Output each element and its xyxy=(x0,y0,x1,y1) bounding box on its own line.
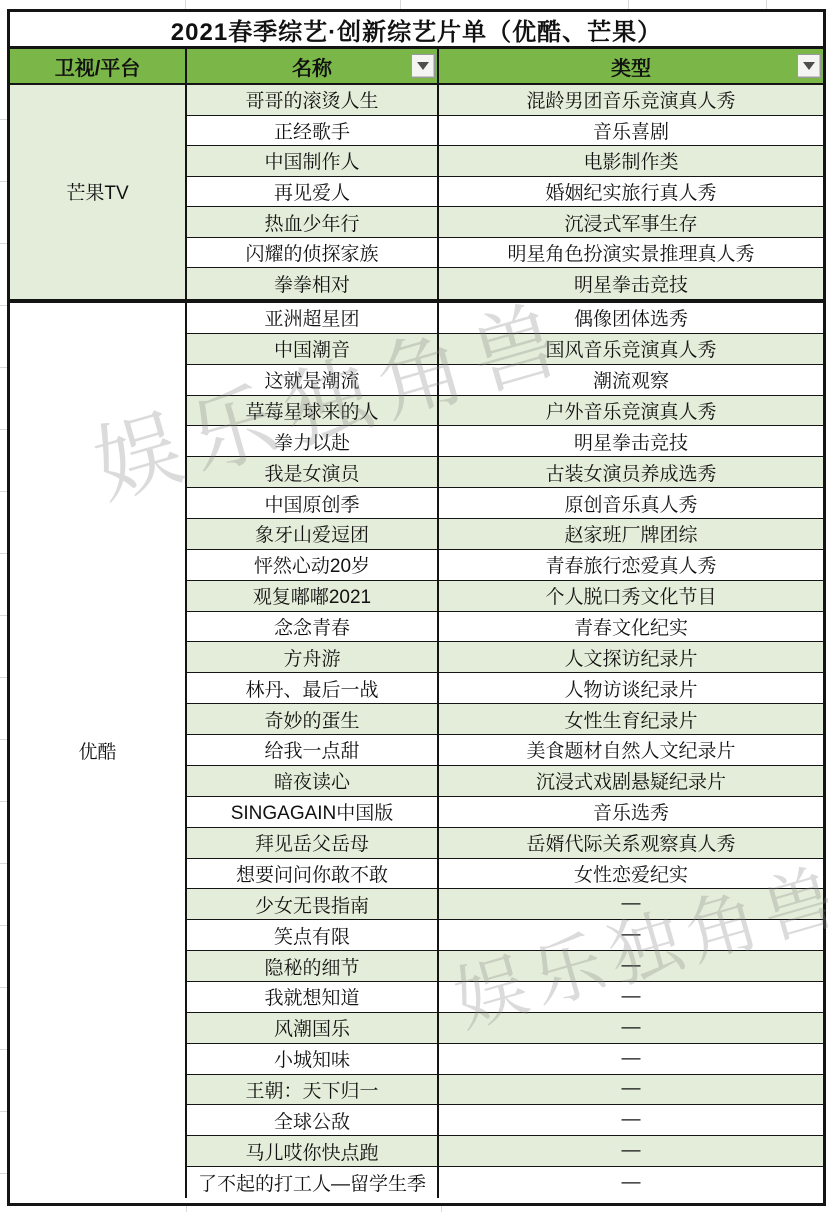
show-name-cell: 隐秘的细节 xyxy=(187,951,439,982)
spreadsheet-page: 2021春季综艺·创新综艺片单（优酷、芒果） 卫视/平台 名称 类型 芒果TV哥… xyxy=(0,0,828,1212)
show-name-cell: 这就是潮流 xyxy=(187,365,439,396)
header-type-label: 类型 xyxy=(611,52,651,81)
filter-dropdown-icon xyxy=(803,62,815,70)
show-name-cell: 风潮国乐 xyxy=(187,1013,439,1044)
spreadsheet-gridlines-top xyxy=(0,0,828,9)
show-type-cell: 潮流观察 xyxy=(439,365,823,396)
show-type-cell: 音乐选秀 xyxy=(439,797,823,828)
show-type-cell: — xyxy=(439,889,823,920)
show-name-cell: 中国潮音 xyxy=(187,334,439,365)
show-type-cell: 明星拳击竞技 xyxy=(439,268,823,299)
show-type-cell: 岳婿代际关系观察真人秀 xyxy=(439,828,823,859)
show-type-cell: 电影制作类 xyxy=(439,146,823,177)
show-type-cell: 女性生育纪录片 xyxy=(439,704,823,735)
show-type-cell: 明星拳击竞技 xyxy=(439,426,823,457)
show-name-cell: 暗夜读心 xyxy=(187,766,439,797)
platform-section: 优酷亚洲超星团偶像团体选秀中国潮音国风音乐竞演真人秀这就是潮流潮流观察草莓星球来… xyxy=(10,303,823,1198)
show-type-cell: — xyxy=(439,1136,823,1167)
variety-show-table: 2021春季综艺·创新综艺片单（优酷、芒果） 卫视/平台 名称 类型 芒果TV哥… xyxy=(7,9,826,1206)
show-type-cell: 古装女演员养成选秀 xyxy=(439,457,823,488)
show-name-cell: 我就想知道 xyxy=(187,982,439,1013)
show-type-cell: 偶像团体选秀 xyxy=(439,303,823,334)
show-name-cell: 中国原创季 xyxy=(187,488,439,519)
show-name-cell: 亚洲超星团 xyxy=(187,303,439,334)
show-type-cell: — xyxy=(439,951,823,982)
table-header-row: 卫视/平台 名称 类型 xyxy=(10,49,823,85)
show-type-cell: 混龄男团音乐竞演真人秀 xyxy=(439,85,823,116)
name-filter-button[interactable] xyxy=(411,54,435,78)
show-type-cell: — xyxy=(439,1105,823,1136)
show-type-cell: 美食题材自然人文纪录片 xyxy=(439,735,823,766)
show-type-cell: 原创音乐真人秀 xyxy=(439,488,823,519)
show-name-cell: 少女无畏指南 xyxy=(187,889,439,920)
show-type-cell: 人文探访纪录片 xyxy=(439,642,823,673)
header-name-label: 名称 xyxy=(292,52,332,81)
show-type-cell: — xyxy=(439,1044,823,1075)
platform-cell: 优酷 xyxy=(10,303,187,1198)
show-name-cell: 林丹、最后一战 xyxy=(187,673,439,704)
show-name-cell: 再见爱人 xyxy=(187,177,439,208)
show-type-cell: — xyxy=(439,920,823,951)
show-name-cell: 奇妙的蛋生 xyxy=(187,704,439,735)
show-name-cell: 闪耀的侦探家族 xyxy=(187,238,439,269)
table-title: 2021春季综艺·创新综艺片单（优酷、芒果） xyxy=(171,12,662,47)
show-type-cell: 个人脱口秀文化节目 xyxy=(439,581,823,612)
show-name-cell: 哥哥的滚烫人生 xyxy=(187,85,439,116)
show-name-cell: 热血少年行 xyxy=(187,207,439,238)
show-type-cell: 音乐喜剧 xyxy=(439,116,823,147)
filter-dropdown-icon xyxy=(417,62,429,70)
show-name-cell: 方舟游 xyxy=(187,642,439,673)
show-type-cell: — xyxy=(439,1013,823,1044)
table-title-row: 2021春季综艺·创新综艺片单（优酷、芒果） xyxy=(10,12,823,49)
platform-section: 芒果TV哥哥的滚烫人生混龄男团音乐竞演真人秀正经歌手音乐喜剧中国制作人电影制作类… xyxy=(10,85,823,299)
show-name-cell: 拳力以赴 xyxy=(187,426,439,457)
show-name-cell: 笑点有限 xyxy=(187,920,439,951)
show-name-cell: 马儿哎你快点跑 xyxy=(187,1136,439,1167)
show-type-cell: 国风音乐竞演真人秀 xyxy=(439,334,823,365)
header-name: 名称 xyxy=(187,49,439,83)
show-name-cell: 王朝：天下归一 xyxy=(187,1075,439,1106)
show-name-cell: 正经歌手 xyxy=(187,116,439,147)
show-type-cell: 赵家班厂牌团综 xyxy=(439,519,823,550)
show-name-cell: 怦然心动20岁 xyxy=(187,550,439,581)
show-type-cell: — xyxy=(439,1167,823,1198)
table-body: 芒果TV哥哥的滚烫人生混龄男团音乐竞演真人秀正经歌手音乐喜剧中国制作人电影制作类… xyxy=(10,85,823,1198)
show-type-cell: 青春旅行恋爱真人秀 xyxy=(439,550,823,581)
header-type: 类型 xyxy=(439,49,823,83)
show-type-cell: 沉浸式戏剧悬疑纪录片 xyxy=(439,766,823,797)
header-platform-label: 卫视/平台 xyxy=(55,52,141,81)
platform-cell: 芒果TV xyxy=(10,85,187,299)
show-type-cell: 女性恋爱纪实 xyxy=(439,859,823,890)
show-type-cell: 青春文化纪实 xyxy=(439,612,823,643)
show-name-cell: 全球公敌 xyxy=(187,1105,439,1136)
show-name-cell: SINGAGAIN中国版 xyxy=(187,797,439,828)
show-name-cell: 念念青春 xyxy=(187,612,439,643)
spreadsheet-gridlines-bottom xyxy=(0,1206,828,1212)
show-name-cell: 了不起的打工人—留学生季 xyxy=(187,1167,439,1198)
show-type-cell: 婚姻纪实旅行真人秀 xyxy=(439,177,823,208)
show-name-cell: 中国制作人 xyxy=(187,146,439,177)
show-type-cell: — xyxy=(439,982,823,1013)
show-type-cell: 人物访谈纪录片 xyxy=(439,673,823,704)
show-type-cell: 户外音乐竞演真人秀 xyxy=(439,396,823,427)
spreadsheet-gridlines-left xyxy=(0,58,7,1198)
type-filter-button[interactable] xyxy=(797,54,821,78)
show-name-cell: 我是女演员 xyxy=(187,457,439,488)
show-name-cell: 拳拳相对 xyxy=(187,268,439,299)
show-name-cell: 象牙山爱逗团 xyxy=(187,519,439,550)
show-type-cell: — xyxy=(439,1075,823,1106)
show-name-cell: 草莓星球来的人 xyxy=(187,396,439,427)
show-type-cell: 明星角色扮演实景推理真人秀 xyxy=(439,238,823,269)
show-type-cell: 沉浸式军事生存 xyxy=(439,207,823,238)
header-platform: 卫视/平台 xyxy=(10,49,187,83)
show-name-cell: 想要问问你敢不敢 xyxy=(187,859,439,890)
show-name-cell: 小城知味 xyxy=(187,1044,439,1075)
show-name-cell: 观复嘟嘟2021 xyxy=(187,581,439,612)
show-name-cell: 拜见岳父岳母 xyxy=(187,828,439,859)
show-name-cell: 给我一点甜 xyxy=(187,735,439,766)
